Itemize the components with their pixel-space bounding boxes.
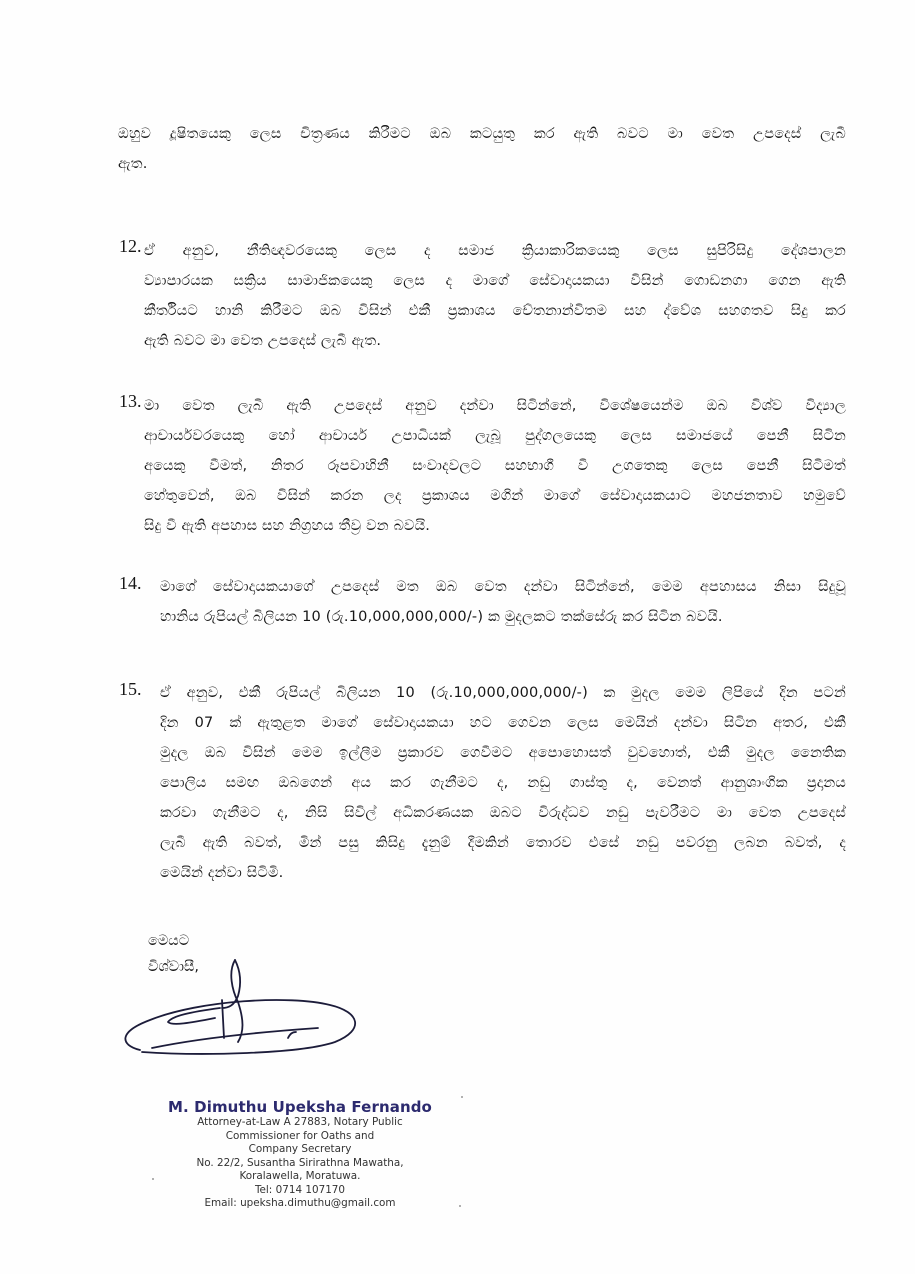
paragraph-line: පොලිය සමඟ ඔබගෙන් අය කර ගැනීමට ද, නඩු ගාස… (160, 768, 846, 798)
stamp-email: Email: upeksha.dimuthu@gmail.com (150, 1197, 450, 1211)
paragraph-line: ව්‍යාපාරයක සක්‍රිය සාමාජිකයෙකු ලෙස ද මාග… (144, 266, 846, 296)
continuation-paragraph: ඔහුව දූෂිතයෙකු ලෙස චිත්‍රණය කිරීමට ඔබ කට… (118, 119, 846, 179)
stamp-phone: Tel: 0714 107170 (150, 1184, 450, 1198)
paragraph-line: ඇත. (118, 149, 846, 179)
paragraph-line: හානිය රුපියල් බිලියන 10 (රු.10,000,000,0… (160, 602, 846, 632)
paragraph-line: කරවා ගැනීමට ද, නිසි සිවිල් අධිකරණයක ඔබට … (160, 798, 846, 828)
paragraph-line: ඇති බවට මා වෙත උපදෙස් ලැබී ඇත. (144, 326, 846, 356)
paragraph-line: ආචාර්යවරයෙකු හෝ ආචාර්ය උපාධියක් ලැබූ පුද… (144, 421, 846, 451)
paragraph-line: ඒ අනුව, නීතිඥවරයෙකු ලෙස ද සමාජ ක්‍රියාකා… (144, 236, 846, 266)
paragraph-line: ලැබී ඇති බවත්, මින් පසු කිසිදු දැනුම් දී… (160, 828, 846, 858)
paragraph-line: හේතුවෙන්, ඔබ විසින් කරන ලද ප්‍රකාශය මගින… (144, 481, 846, 511)
paragraph-line: මා වෙත ලැබී ඇති උපදෙස් අනුව දන්වා සිටින්… (144, 391, 846, 421)
paragraph-line: මෙයින් දන්වා සිටිමි. (160, 858, 846, 888)
scan-speck (152, 1178, 154, 1180)
lawyer-stamp: M. Dimuthu Upeksha Fernando Attorney-at-… (150, 1098, 450, 1211)
paragraph-number: 12. (119, 236, 142, 257)
scan-speck (459, 1205, 461, 1207)
paragraph-line: සිදු වී ඇති අපහාස සහ නිග්‍රහය තීව්‍ර වන … (144, 511, 846, 541)
stamp-address-line-1: No. 22/2, Susantha Sirirathna Mawatha, (150, 1157, 450, 1171)
scan-speck (461, 1096, 463, 1098)
paragraph-line: මාගේ සේවාදායකයාගේ උපදෙස් මත ඔබ වෙත දන්වා… (160, 572, 846, 602)
paragraph-line: මුදල ඔබ විසින් මෙම ඉල්ලීම ප්‍රකාරව ගෙවීම… (160, 738, 846, 768)
paragraph-line: කීර්තියට හානි කිරීමට ඔබ විසින් එකී ප්‍රක… (144, 296, 846, 326)
stamp-name: M. Dimuthu Upeksha Fernando (150, 1098, 450, 1116)
stamp-address-line-2: Koralawella, Moratuwa. (150, 1170, 450, 1184)
paragraph-13: මා වෙත ලැබී ඇති උපදෙස් අනුව දන්වා සිටින්… (144, 391, 846, 541)
paragraph-line: දින 07 ක් ඇතුළත මාගේ සේවාදායකයා හට ගෙවන … (160, 708, 846, 738)
paragraph-12: ඒ අනුව, නීතිඥවරයෙකු ලෙස ද සමාජ ක්‍රියාකා… (144, 236, 846, 356)
paragraph-14: මාගේ සේවාදායකයාගේ උපදෙස් මත ඔබ වෙත දන්වා… (160, 572, 846, 632)
paragraph-number: 15. (119, 679, 142, 700)
paragraph-line: ඒ අනුව, එකී රුපියල් බිලියන 10 (රු.10,000… (160, 678, 846, 708)
paragraph-line: අයෙකු වීමත්, නිතර රූපවාහිනී සංවාදවලට සහභ… (144, 451, 846, 481)
stamp-secretary: Company Secretary (150, 1143, 450, 1157)
paragraph-number: 14. (119, 573, 142, 594)
paragraph-line: ඔහුව දූෂිතයෙකු ලෙස චිත්‍රණය කිරීමට ඔබ කට… (118, 119, 846, 149)
signature-icon (110, 950, 370, 1060)
paragraph-number: 13. (119, 391, 142, 412)
paragraph-15: ඒ අනුව, එකී රුපියල් බිලියන 10 (රු.10,000… (160, 678, 846, 888)
letter-page: ඔහුව දූෂිතයෙකු ලෙස චිත්‍රණය කිරීමට ඔබ කට… (0, 0, 915, 1274)
stamp-commission: Commissioner for Oaths and (150, 1130, 450, 1144)
stamp-title: Attorney-at-Law A 27883, Notary Public (150, 1116, 450, 1130)
